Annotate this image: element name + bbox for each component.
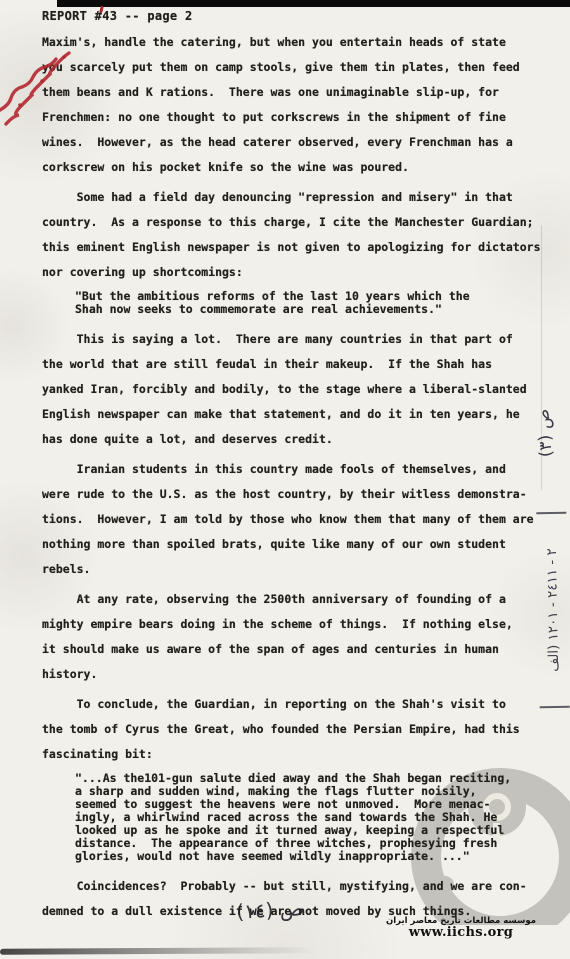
page-title: REPORT #43 -- page 2: [42, 9, 193, 23]
watermark-url: www.iichs.org: [385, 926, 537, 940]
watermark-caption: موسسه مطالعات تاریخ معاصر ایران www.iich…: [385, 916, 537, 940]
paragraph: To conclude, the Guardian, in reporting …: [42, 692, 544, 767]
block-quote: "...As the101-gun salute died away and t…: [75, 772, 544, 863]
paragraph: Maxim's, handle the catering, but when y…: [42, 30, 544, 180]
scan-top-edge-bar: [57, 0, 570, 7]
paragraph: At any rate, observing the 2500th annive…: [42, 587, 544, 687]
report-body: Maxim's, handle the catering, but when y…: [42, 30, 544, 929]
margin-handwritten-page-note: ص (٣): [524, 392, 565, 474]
margin-handwritten-archive-code: ٢ - ٢٤١١ - ١٢٠١ (الف: [536, 512, 569, 708]
paragraph: Some had a field day denouncing "repress…: [42, 185, 544, 285]
paragraph: Iranian students in this country made fo…: [42, 457, 544, 582]
scan-bottom-smudge: [0, 947, 315, 955]
red-persian-handwriting-annotation: [0, 28, 96, 133]
scanned-report-page: REPORT #43 -- page 2 Maxim's, handle the…: [0, 0, 570, 959]
paragraph: This is saying a lot. There are many cou…: [42, 327, 544, 452]
block-quote: "But the ambitious reforms of the last 1…: [75, 290, 544, 316]
